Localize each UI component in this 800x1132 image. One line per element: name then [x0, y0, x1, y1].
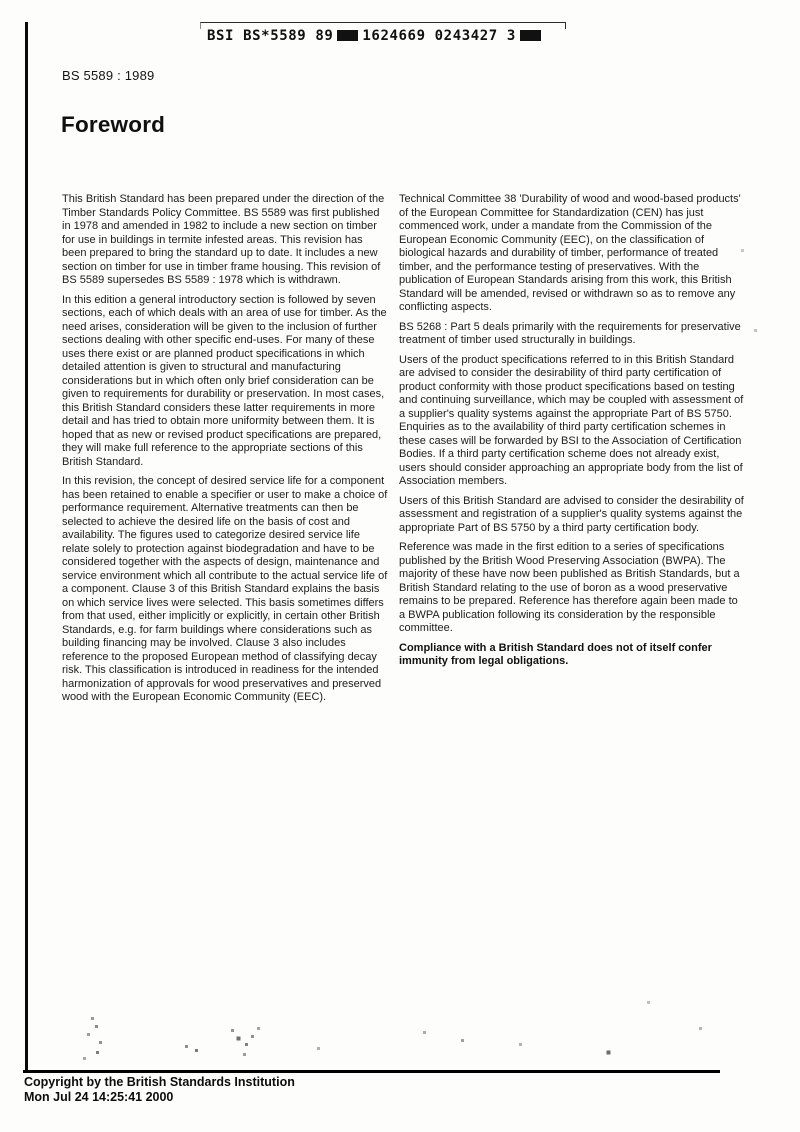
footer-rule — [23, 1070, 720, 1073]
footer: Copyright by the British Standards Insti… — [24, 1075, 295, 1105]
paragraph: In this edition a general introductory s… — [62, 294, 389, 470]
ocr-header-right: 1624669 0243427 3 — [362, 28, 516, 44]
paragraph: Reference was made in the first edition … — [399, 541, 746, 636]
page-title: Foreword — [61, 112, 165, 138]
scan-noise — [0, 0, 1, 1]
compliance-note: Compliance with a British Standard does … — [399, 642, 746, 669]
scan-edge-rule — [25, 22, 28, 1071]
timestamp-line: Mon Jul 24 14:25:41 2000 — [24, 1090, 295, 1105]
left-column: This British Standard has been prepared … — [62, 193, 389, 711]
paragraph: In this revision, the concept of desired… — [62, 475, 389, 705]
scanned-document-page: BSI BS*5589 891624669 0243427 3 BS 5589 … — [0, 0, 800, 1132]
redaction-block-icon — [520, 30, 541, 41]
paragraph: BS 5268 : Part 5 deals primarily with th… — [399, 321, 746, 348]
copyright-line: Copyright by the British Standards Insti… — [24, 1075, 295, 1090]
paragraph: Technical Committee 38 'Durability of wo… — [399, 193, 746, 315]
ocr-header-strip: BSI BS*5589 891624669 0243427 3 — [207, 28, 545, 44]
paragraph: Users of this British Standard are advis… — [399, 495, 746, 536]
paragraph: This British Standard has been prepared … — [62, 193, 389, 288]
standard-reference: BS 5589 : 1989 — [62, 68, 154, 83]
right-column: Technical Committee 38 'Durability of wo… — [399, 193, 746, 711]
body-columns: This British Standard has been prepared … — [62, 193, 746, 711]
ocr-header-left: BSI BS*5589 89 — [207, 28, 333, 44]
redaction-block-icon — [337, 30, 358, 41]
paragraph: Users of the product specifications refe… — [399, 354, 746, 489]
